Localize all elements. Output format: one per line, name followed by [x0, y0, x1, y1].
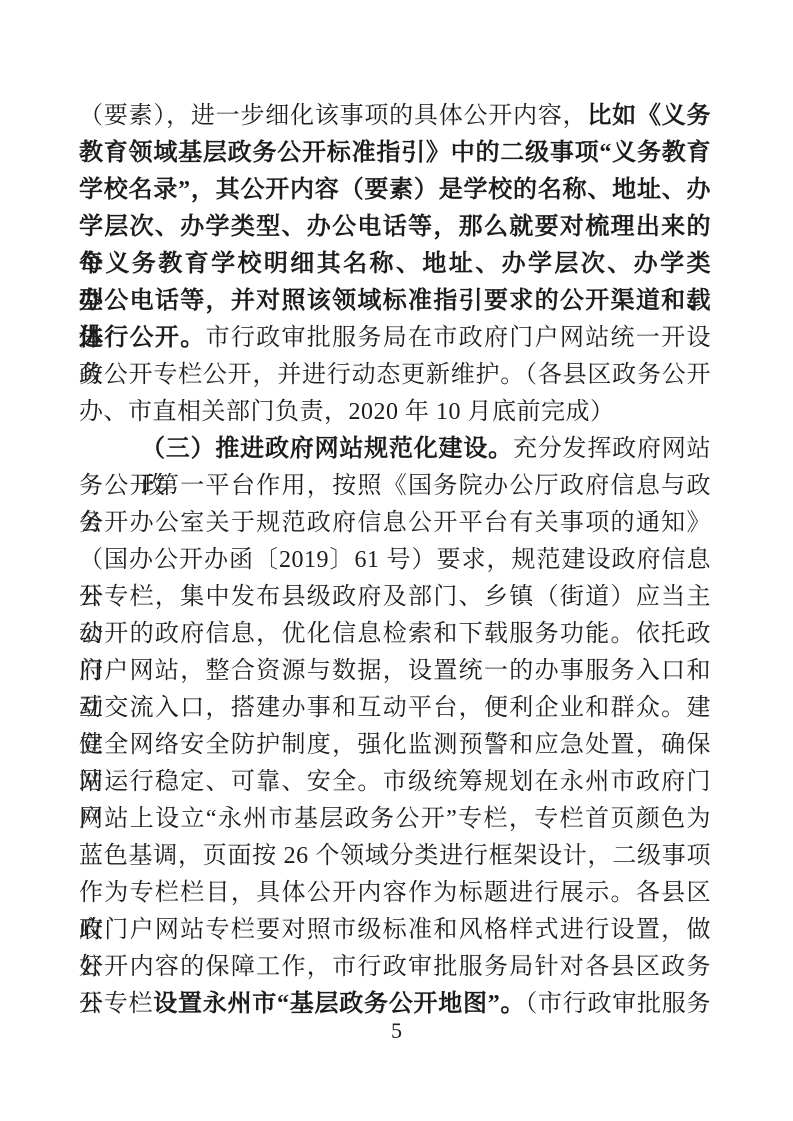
text-line: 办、市直相关部门负责，2020 年 10 月底前完成）: [79, 394, 711, 431]
text-segment: 务公开专栏公开，并进行动态更新维护。（各县区政务公开: [79, 362, 711, 388]
text-line: 开专栏，集中发布县级政府及部门、乡镇（街道）应当主动: [79, 579, 711, 616]
text-segment: （三）推进政府网站规范化建设。: [141, 436, 513, 462]
document-page: （要素），进一步细化该事项的具体公开内容，比如《义务教育领域基层政务公开标准指引…: [0, 0, 793, 1121]
text-segment: 进行公开。: [79, 325, 206, 351]
text-segment: 设置永州市“基层政务公开地图”。: [153, 991, 525, 1017]
text-line: 健全网络安全防护制度，强化监测预警和应急处置，确保网: [79, 727, 711, 764]
text-segment: 开专栏: [79, 991, 153, 1017]
text-line: 作为专栏栏目，具体公开内容作为标题进行展示。各县区政: [79, 875, 711, 912]
text-line: （三）推进政府网站规范化建设。充分发挥政府网站政: [79, 431, 711, 468]
text-line: 蓝色基调，页面按 26 个领域分类进行框架设计，二级事项: [79, 838, 711, 875]
text-line: 务公开专栏公开，并进行动态更新维护。（各县区政务公开: [79, 357, 711, 394]
text-line: 门户网站，整合资源与数据，设置统一的办事服务入口和互: [79, 653, 711, 690]
text-segment: 公开办公室关于规范政府信息公开平台有关事项的通知》: [79, 510, 711, 536]
text-line: 府门户网站专栏要对照市级标准和风格样式进行设置，做好: [79, 912, 711, 949]
text-segment: 蓝色基调，页面按 26 个领域分类进行框架设计，二级事项: [79, 843, 711, 869]
text-line: （国办公开办函〔2019〕61 号）要求，规范建设政府信息公: [79, 542, 711, 579]
text-segment: 网站上设立“永州市基层政务公开”专栏，专栏首页颜色为: [79, 806, 711, 832]
text-line: 办公电话等，并对照该领域标准指引要求的公开渠道和载体: [79, 283, 711, 320]
text-segment: 教育领域基层政务公开标准指引》中的二级事项“义务教育: [79, 140, 711, 166]
text-line: （要素），进一步细化该事项的具体公开内容，比如《义务: [79, 98, 711, 135]
text-line: 动交流入口，搭建办事和互动平台，便利企业和群众。建立: [79, 690, 711, 727]
text-line: 站运行稳定、可靠、安全。市级统筹规划在永州市政府门户: [79, 764, 711, 801]
text-line: 公开内容的保障工作，市行政审批服务局针对各县区政务公: [79, 949, 711, 986]
text-line: 学校名录”，其公开内容（要素）是学校的名称、地址、办: [79, 172, 711, 209]
text-line: 网站上设立“永州市基层政务公开”专栏，专栏首页颜色为: [79, 801, 711, 838]
document-body: （要素），进一步细化该事项的具体公开内容，比如《义务教育领域基层政务公开标准指引…: [79, 98, 711, 1023]
text-segment: 比如《义务: [587, 103, 711, 129]
text-line: 进行公开。市行政审批服务局在市政府门户网站统一开设政: [79, 320, 711, 357]
page-number: 5: [0, 1016, 793, 1046]
text-line: 个义务教育学校明细其名称、地址、办学层次、办学类型、: [79, 246, 711, 283]
text-line: 公开的政府信息，优化信息检索和下载服务功能。依托政府: [79, 616, 711, 653]
text-segment: 学校名录”，其公开内容（要素）是学校的名称、地址、办: [79, 177, 711, 203]
text-line: 学层次、办学类型、办公电话等，那么就要对梳理出来的每: [79, 209, 711, 246]
text-segment: （要素），进一步细化该事项的具体公开内容，: [79, 103, 587, 129]
text-segment: 办、市直相关部门负责，2020 年 10 月底前完成）: [79, 399, 615, 425]
text-line: 务公开第一平台作用，按照《国务院办公厅政府信息与政务: [79, 468, 711, 505]
text-line: 公开办公室关于规范政府信息公开平台有关事项的通知》: [79, 505, 711, 542]
text-line: 教育领域基层政务公开标准指引》中的二级事项“义务教育: [79, 135, 711, 172]
text-segment: （市行政审批服务: [525, 991, 711, 1017]
